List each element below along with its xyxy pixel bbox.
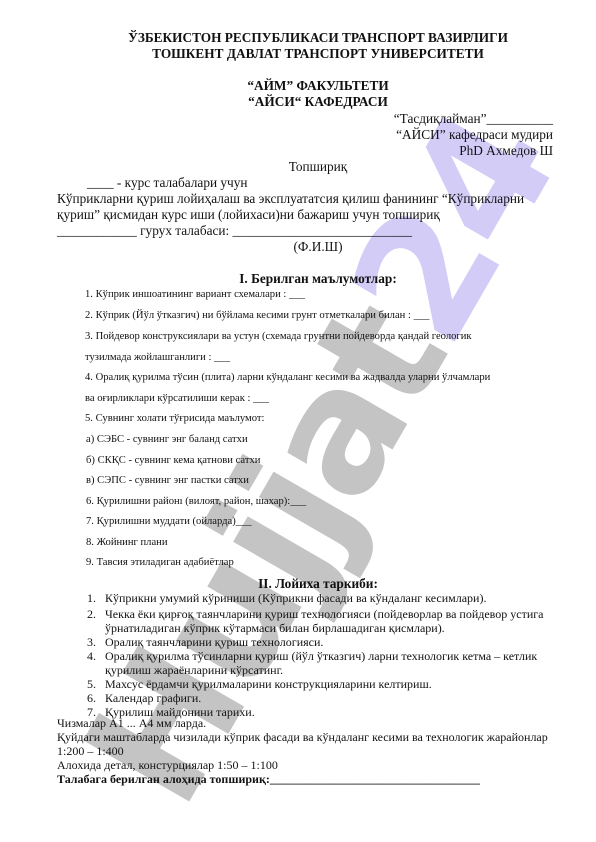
project-item-1-num: 1.	[87, 591, 96, 606]
department-head-name: PhD Ахмедов Ш	[459, 143, 553, 159]
document-page: Hujjat24 ЎЗБЕКИСТОН РЕСПУБЛИКАСИ ТРАНСПО…	[0, 0, 596, 842]
course-line: ____ - курс талабалари учун	[87, 175, 248, 191]
project-item-5: Махсус ёрдамчи қурилмаларини конструкция…	[105, 677, 432, 692]
project-item-6: Календар графиги.	[105, 691, 201, 706]
drawings-note: Чизмалар А1 ... А4 мм ларда.	[57, 716, 206, 731]
given-item-5: 5. Сувнинг холати тўғрисида маълумот:	[85, 413, 264, 424]
given-item-7: 7. Қурилишни муддати (ойларда)___	[86, 516, 252, 527]
project-item-2-cont: ўрнатиладиган кўприк кўтармаси билан бир…	[105, 621, 445, 636]
water-level-b: б) СКҚС - сувнинг кема қатнови сатхи	[86, 455, 260, 466]
project-item-1: Кўприкни умумий кўриниши (Кўприкни фасад…	[105, 591, 486, 606]
special-task-label: Талабага берилган алоҳида топшириқ:_____…	[57, 772, 480, 787]
given-item-3: 3. Пойдевор конструксиялари ва устун (сх…	[85, 331, 472, 342]
project-item-4: Оралиқ қурилма тўсинларни қуриш (йўл ўтк…	[105, 649, 537, 664]
ministry-title: ЎЗБЕКИСТОН РЕСПУБЛИКАСИ ТРАНСПОРТ ВАЗИРЛ…	[0, 30, 596, 46]
detail-scale-note: Алохида детал, констурциялар 1:50 – 1:10…	[57, 758, 278, 773]
section-2-title: II. Лойиха таркиби:	[0, 576, 596, 592]
group-line: ____________ гурух талабаси: ___________…	[57, 223, 412, 239]
water-level-a: а) СЭБС - сувнинг энг баланд сатхи	[86, 434, 248, 445]
subject-line-1: Кўприкларни қуриш лойиҳалаш ва эксплуата…	[57, 191, 524, 207]
subject-line-2: қуриш” қисмидан курс иши (лойихаси)ни ба…	[57, 207, 440, 223]
assignment-title: Топшириқ	[0, 159, 596, 175]
department-title: “АЙСИ“ КАФЕДРАСИ	[0, 94, 596, 110]
project-item-4-num: 4.	[87, 649, 96, 664]
scale-values: 1:200 – 1:400	[57, 744, 124, 759]
given-item-6: 6. Қурилишни районı (вилоят, район, шаха…	[86, 496, 306, 507]
given-item-4-cont: ва оғирликлари кўрсатилиши керак : ___	[85, 393, 269, 404]
given-item-3-cont: тузилмада жойлашганлиги : ___	[85, 352, 230, 363]
project-item-2: Чекка ёки қирғоқ таянчларини қуриш техно…	[105, 607, 544, 622]
project-item-3-num: 3.	[87, 635, 96, 650]
approval-label: “Тасдиқлайман”__________	[394, 111, 553, 127]
project-item-3: Оралиқ таянчларини қуриш технологияси.	[105, 635, 323, 650]
given-item-2: 2. Кўприк (Йўл ўтказгич) ни бўйлама кеси…	[85, 310, 429, 321]
section-1-title: I. Берилган маълумотлар:	[0, 271, 596, 287]
given-item-8: 8. Жойнинг плани	[86, 537, 168, 548]
given-item-9: 9. Тавсия этиладиган адабиётлар	[86, 557, 234, 568]
department-head-title: “АЙСИ” кафедраси мудири	[396, 127, 553, 143]
project-item-2-num: 2.	[87, 607, 96, 622]
university-title: ТОШКЕНТ ДАВЛАТ ТРАНСПОРТ УНИВЕРСИТЕТИ	[0, 46, 596, 62]
project-item-4-cont: қурилиш жараёнларини кўрсатинг.	[105, 663, 283, 678]
project-item-6-num: 6.	[87, 691, 96, 706]
fio-label: (Ф.И.Ш)	[0, 239, 596, 255]
faculty-title: “АЙМ” ФАКУЛЬТЕТИ	[0, 78, 596, 94]
water-level-c: в) СЭПС - сувнинг энг пастки сатхи	[86, 475, 249, 486]
given-item-4: 4. Оралиқ қурилма тўсин (плита) ларни кў…	[85, 372, 490, 383]
project-item-5-num: 5.	[87, 677, 96, 692]
given-item-1: 1. Кўприк иншоатининг вариант схемалари …	[85, 289, 305, 300]
scale-note: Қуйдаги маштабларда чизилади кўприк фаса…	[57, 730, 548, 745]
